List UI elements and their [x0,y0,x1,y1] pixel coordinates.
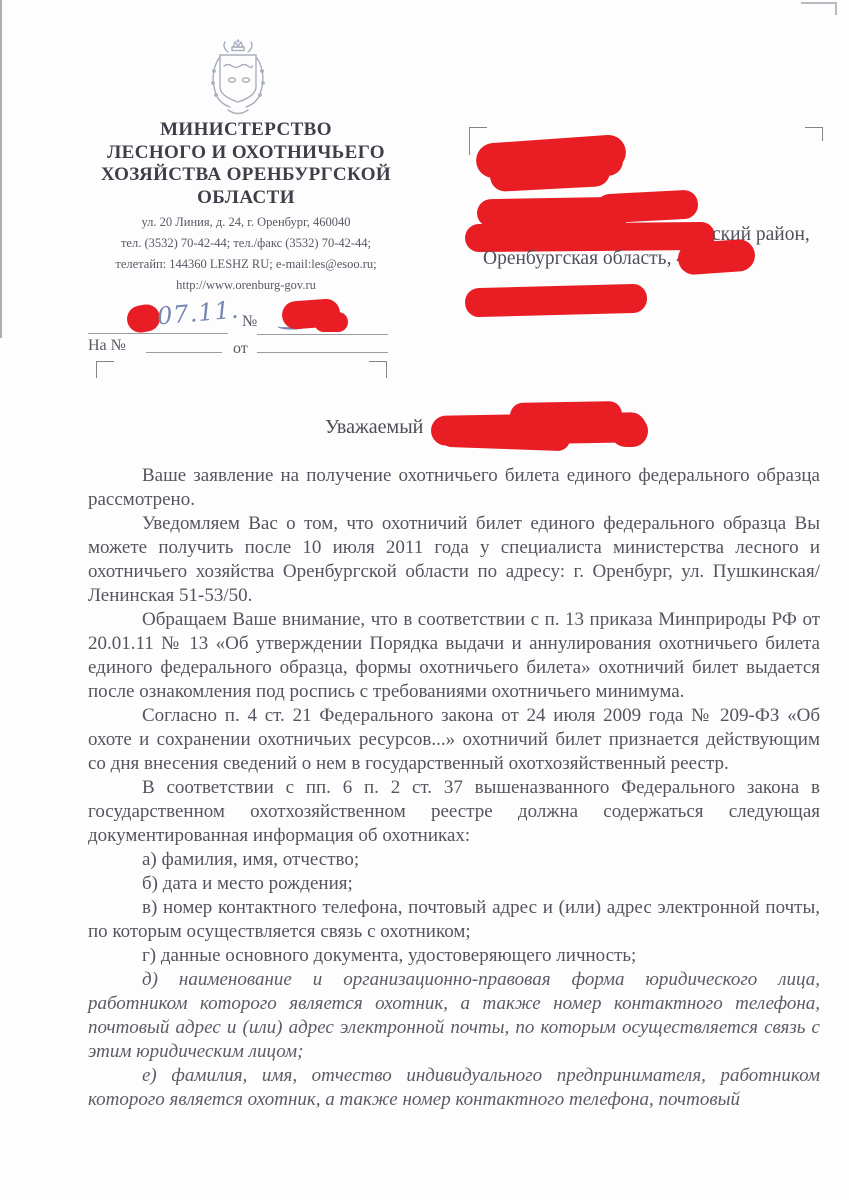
scanned-letter-page: МИНИСТЕРСТВО ЛЕСНОГО И ОХОТНИЧЬЕГО ХОЗЯЙ… [0,0,849,1200]
list-item-b: б) дата и место рождения; [88,872,820,896]
redaction-mark-addressee-name [610,415,648,447]
ministry-name-line: ЛЕСНОГО И ОХОТНИЧЬЕГО [80,142,412,165]
list-item-v: в) номер контактного телефона, почтовый … [88,896,820,944]
paragraph-notification: Уведомляем Вас о том, что охотничий биле… [88,512,820,608]
address-line: ул. 20 Линия, д. 24, г. Оренбург, 460040 [80,212,412,233]
reply-date-underline [257,352,388,353]
list-item-e: е) фамилия, имя, отчество индивидуальног… [88,1064,820,1112]
ministry-name: МИНИСТЕРСТВО ЛЕСНОГО И ОХОТНИЧЬЕГО ХОЗЯЙ… [80,119,412,209]
redaction-mark-addressee-name [510,401,622,429]
paragraph-application-reviewed: Ваше заявление на получение охотничьего … [88,464,820,512]
reply-to-label: На № [88,337,126,355]
website-line: http://www.orenburg-gov.ru [80,275,412,296]
letter-body: Ваше заявление на получение охотничьего … [88,464,820,1112]
paragraph-registry-info: В соответствии с пп. 6 п. 2 ст. 37 вышен… [88,776,820,848]
redaction-mark-number [314,312,348,332]
recipient-corner-mark [805,127,823,141]
redaction-mark-recipient-address [595,189,698,223]
redaction-mark-recipient-name [519,141,623,176]
ministry-name-line: МИНИСТЕРСТВО [80,119,412,142]
ministry-name-line: ХОЗЯЙСТВА ОРЕНБУРГСКОЙ [80,164,412,187]
date-underline [88,333,228,334]
redaction-mark-postal-code [677,238,756,275]
phone-line: тел. (3532) 70-42-44; тел./факс (3532) 7… [80,233,412,254]
list-item-g: г) данные основного документа, удостовер… [88,944,820,968]
salutation-label: Уважаемый [325,416,423,439]
recipient-region-fragment: Оренбургская область, 4 [483,248,686,270]
ministry-contact-block: ул. 20 Линия, д. 24, г. Оренбург, 460040… [80,212,412,296]
redaction-mark-recipient-extra [465,284,648,318]
number-underline [257,334,388,335]
list-item-a: а) фамилия, имя, отчество; [88,848,820,872]
number-sign-label: № [242,313,257,331]
page-corner-mark [801,2,837,15]
scan-edge-artifact [0,0,2,338]
coat-of-arms-icon [206,38,270,118]
paragraph-law-209-fz: Согласно п. 4 ст. 21 Федерального закона… [88,704,820,776]
ministry-name-line: ОБЛАСТИ [80,187,412,210]
stamp-area-corner-mark [369,361,387,378]
paragraph-order-13: Обращаем Ваше внимание, что в соответств… [88,608,820,704]
stamp-area-corner-mark [96,361,114,378]
list-item-d: д) наименование и организационно-правова… [88,968,820,1064]
handwritten-date: 07.11. [156,295,240,330]
reply-number-underline [146,352,222,353]
teletype-email-line: телетайп: 144360 LESHZ RU; e-mail:les@es… [80,254,412,275]
reply-from-label: от [233,340,248,358]
